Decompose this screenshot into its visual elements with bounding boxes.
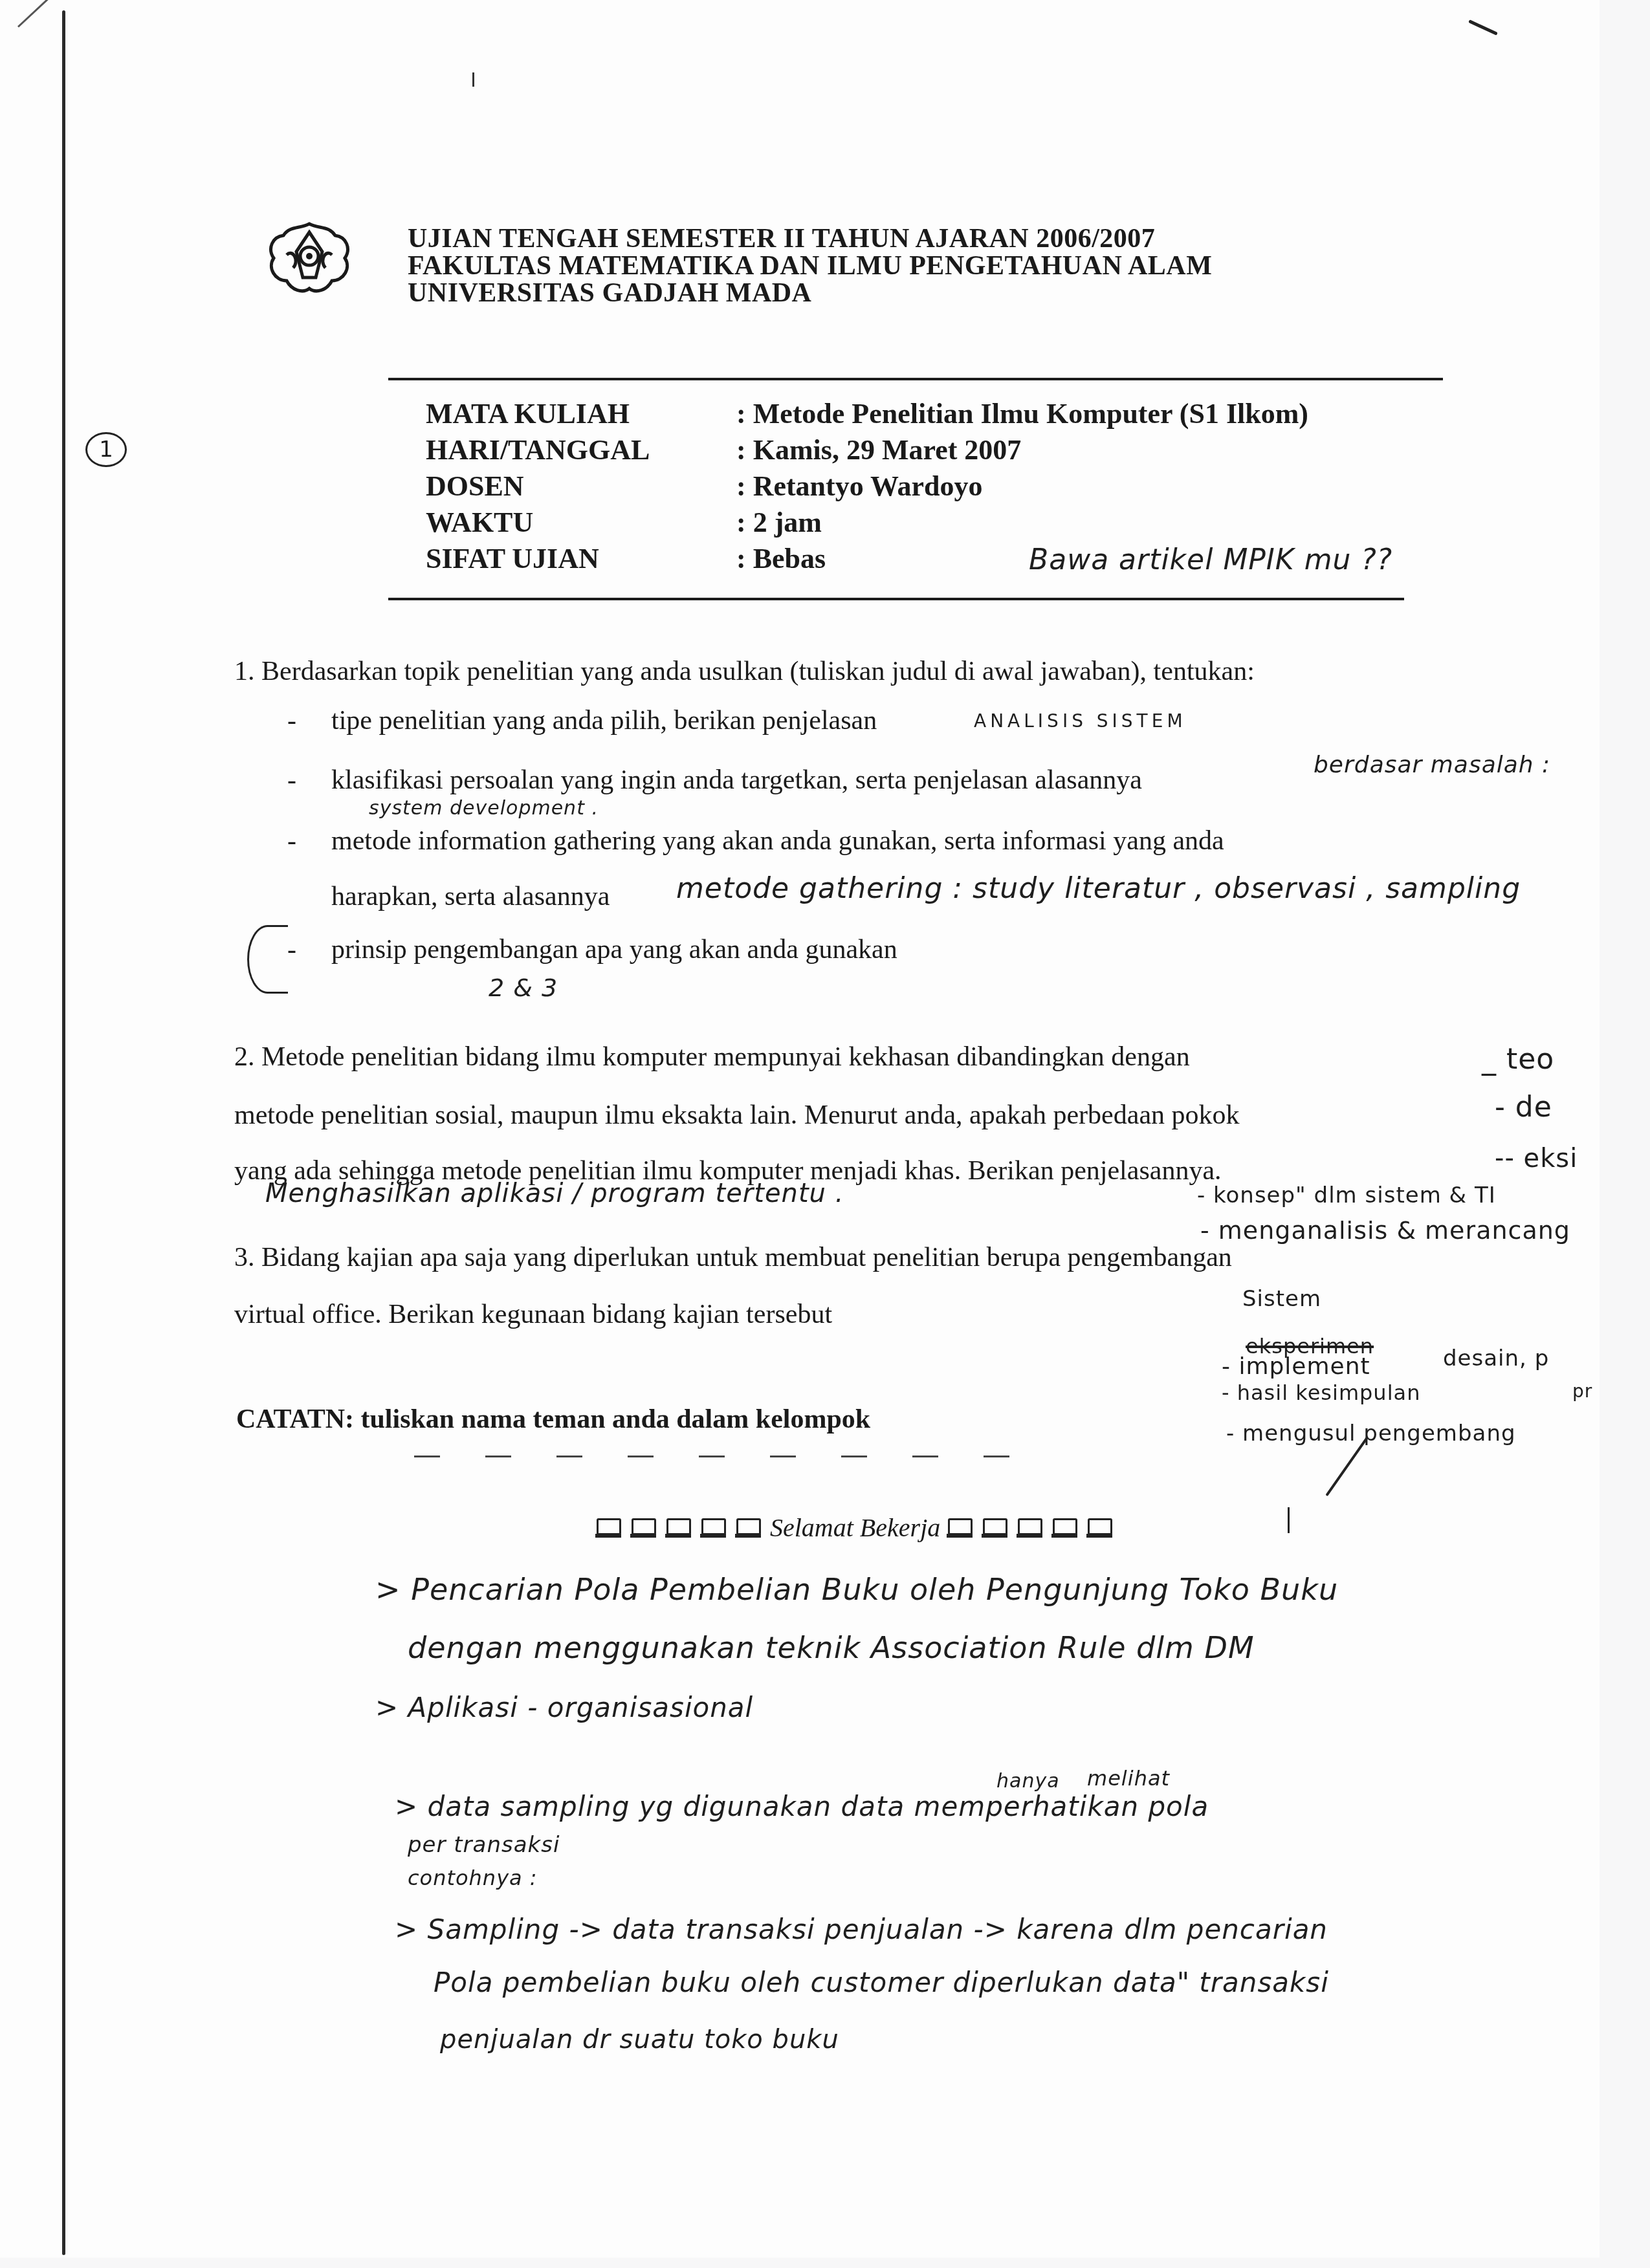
pen-tick (472, 72, 474, 87)
circled-page-number: 1 (85, 432, 127, 467)
computer-icon (595, 1517, 621, 1539)
computer-icon (1086, 1517, 1112, 1539)
handwritten-answer-line-4: > data sampling yg digunakan data memper… (395, 1791, 1209, 1822)
handwritten-answer-classification: berdasar masalah : (1314, 752, 1550, 778)
info-label: DOSEN (426, 468, 736, 505)
margin-note-eksi: -- eksi (1495, 1144, 1578, 1173)
side-note-konsep: - konsep" dlm sistem & TI (1197, 1183, 1496, 1208)
bullet-marker: - (287, 765, 296, 796)
bottom-divider (388, 598, 1404, 600)
handwritten-answer-line-7: > Sampling -> data transaksi penjualan -… (395, 1914, 1328, 1945)
pen-tick (1288, 1507, 1290, 1533)
margin-note-de: - de (1495, 1091, 1552, 1124)
info-label: WAKTU (426, 505, 736, 541)
question-1-bullet-type: tipe penelitian yang anda pilih, berikan… (331, 705, 877, 736)
handwritten-answer-classification-2: system development . (369, 797, 599, 820)
question-1-bullet-classification: klasifikasi persoalan yang ingin anda ta… (331, 765, 1142, 796)
greeting-text: Selamat Bekerja (770, 1512, 940, 1543)
info-label: HARI/TANGGAL (426, 432, 736, 468)
margin-note-pr: pr (1572, 1380, 1592, 1402)
info-value: : Metode Penelitian Ilmu Komputer (S1 Il… (736, 396, 1308, 432)
binding-margin-line (62, 10, 65, 2255)
computer-icon (982, 1517, 1007, 1539)
computer-icon (1051, 1517, 1077, 1539)
question-1-bullet-principle: prinsip pengembangan apa yang akan anda … (331, 934, 897, 965)
computer-icon (665, 1517, 691, 1539)
university-seal-icon (261, 216, 358, 300)
bullet-marker: - (287, 934, 296, 965)
info-row-date: HARI/TANGGAL : Kamis, 29 Maret 2007 (426, 432, 1308, 468)
computer-icon (1017, 1517, 1042, 1539)
bullet-marker: - (287, 705, 296, 736)
handwritten-note-bring-article: Bawa artikel MPIK mu ?? (1029, 543, 1392, 576)
handwritten-answer-q2: Menghasilkan aplikasi / program tertentu… (265, 1179, 844, 1208)
greeting-line: Selamat Bekerja (595, 1512, 1115, 1543)
handwritten-insert-melihat: melihat (1087, 1766, 1170, 1791)
header-line-faculty: FAKULTAS MATEMATIKA DAN ILMU PENGETAHUAN… (408, 252, 1212, 279)
margin-note-implement: - implement (1222, 1353, 1370, 1380)
exam-header: UJIAN TENGAH SEMESTER II TAHUN AJARAN 20… (408, 225, 1212, 307)
dashed-divider (414, 1456, 1029, 1457)
header-line-university: UNIVERSITAS GADJAH MADA (408, 279, 1212, 307)
question-1-intro: 1. Berdasarkan topik penelitian yang and… (234, 656, 1255, 687)
side-note-menganalisis: - menganalisis & merancang (1200, 1216, 1570, 1245)
handwritten-answer-line-1: > Pencarian Pola Pembelian Buku oleh Pen… (375, 1572, 1338, 1607)
info-row-time: WAKTU : 2 jam (426, 505, 1308, 541)
info-label: SIFAT UJIAN (426, 541, 736, 577)
info-value: : Retantyo Wardoyo (736, 468, 983, 505)
info-value: : 2 jam (736, 505, 822, 541)
info-value: : Bebas (736, 541, 826, 577)
info-row-lecturer: DOSEN : Retantyo Wardoyo (426, 468, 1308, 505)
computer-icon (947, 1517, 973, 1539)
group-note: CATATN: tuliskan nama teman anda dalam k… (236, 1404, 870, 1435)
handwritten-answer-line-5: per transaksi (408, 1832, 560, 1858)
question-1-bullet-gathering: metode information gathering yang akan a… (331, 825, 1224, 856)
header-line-exam: UJIAN TENGAH SEMESTER II TAHUN AJARAN 20… (408, 225, 1212, 252)
handwritten-answer-line-2: dengan menggunakan teknik Association Ru… (408, 1630, 1255, 1665)
margin-note-mengusul: - mengusul pengembang (1226, 1421, 1516, 1446)
info-label: MATA KULIAH (426, 396, 736, 432)
handwritten-answer-line-9: penjualan dr suatu toko buku (440, 2025, 839, 2055)
corner-pen-mark (1468, 19, 1498, 36)
computer-icon (630, 1517, 656, 1539)
question-2-line-1: 2. Metode penelitian bidang ilmu kompute… (234, 1041, 1190, 1073)
info-row-course: MATA KULIAH : Metode Penelitian Ilmu Kom… (426, 396, 1308, 432)
circle-annotation-mark (247, 925, 288, 994)
bullet-marker: - (287, 825, 296, 856)
question-3-line-1: 3. Bidang kajian apa saja yang diperluka… (234, 1242, 1232, 1273)
corner-pen-stroke (17, 0, 57, 28)
margin-note-sistem: Sistem (1242, 1286, 1321, 1312)
handwritten-answer-type: ANALISIS SISTEM (974, 710, 1187, 732)
margin-note-teo: _ teo (1482, 1043, 1554, 1076)
question-2-line-2: metode penelitian sosial, maupun ilmu ek… (234, 1100, 1240, 1131)
exam-sheet: UJIAN TENGAH SEMESTER II TAHUN AJARAN 20… (0, 0, 1600, 2258)
handwritten-insert-hanya: hanya (996, 1770, 1060, 1793)
computer-icon (735, 1517, 761, 1539)
handwritten-answer-principle: 2 & 3 (489, 974, 558, 1002)
info-value: : Kamis, 29 Maret 2007 (736, 432, 1021, 468)
question-3-line-2: virtual office. Berikan kegunaan bidang … (234, 1299, 832, 1330)
handwritten-answer-gathering: metode gathering : study literatur , obs… (676, 872, 1521, 905)
handwritten-answer-line-3: > Aplikasi - organisasional (375, 1692, 753, 1723)
margin-note-desain: desain, p (1443, 1346, 1549, 1371)
question-1-bullet-gathering-cont: harapkan, serta alasannya (331, 881, 610, 912)
handwritten-answer-line-6: contohnya : (408, 1866, 538, 1890)
top-divider (388, 378, 1443, 380)
margin-note-kesimpulan: - hasil kesimpulan (1222, 1380, 1420, 1405)
handwritten-answer-line-8: Pola pembelian buku oleh customer diperl… (434, 1967, 1329, 1998)
computer-icon (700, 1517, 726, 1539)
